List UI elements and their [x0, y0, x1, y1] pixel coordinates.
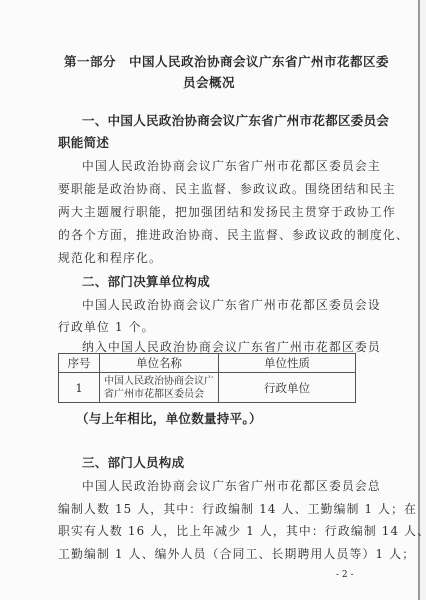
table-cell-index: 1 [59, 373, 100, 403]
page-number: - 2 - [336, 570, 354, 580]
section3-heading: 三、部门人员构成 [82, 453, 184, 471]
unit-table: 序号 单位名称 单位性质 1 中国人民政治协商会议广 省广州市花都区委员会 行政… [58, 353, 356, 403]
section3-text-line: 工勤编制 1 人、编外人员（合同工、长期聘用人员等）1 人； [58, 545, 415, 562]
table-header-name: 单位名称 [100, 354, 219, 373]
section1-text-line: 的各个方面，推进政治协商、民主监督、参政议政的制度化、 [58, 226, 409, 243]
table-cell-name-line1: 中国人民政治协商会议广 [104, 375, 218, 388]
section3-text-line: 编制人数 15 人，其中：行政编制 14 人、工勤编制 1 人；在 [58, 500, 417, 517]
section2-text-line: 中国人民政治协商会议广东省广州市花都区委员会设 [82, 296, 381, 313]
section2-note: （与上年相比，单位数量持平。） [76, 409, 262, 427]
section1-heading-line1: 一、中国人民政治协商会议广东省广州市花都区委员会 [82, 111, 389, 129]
section2-text-line: 行政单位 1 个。 [58, 318, 155, 335]
section3-text-line: 职实有人数 16 人，比上年减少 1 人，其中：行政编制 14 人、 [58, 522, 426, 539]
doc-title-line2: 员会概况 [183, 73, 235, 91]
section1-heading-line2: 职能简述 [58, 133, 109, 151]
section1-text-line: 两大主题履行职能，把加强团结和发扬民主贯穿于政协工作 [58, 203, 396, 220]
table-cell-type: 行政单位 [219, 373, 356, 403]
doc-title-line1: 第一部分 中国人民政治协商会议广东省广州市花都区委 [64, 52, 389, 70]
document-page: 第一部分 中国人民政治协商会议广东省广州市花都区委 员会概况 一、中国人民政治协… [0, 0, 420, 600]
table-cell-name-line2: 省广州市花都区委员会 [104, 388, 218, 401]
section1-text-line: 要职能是政治协商、民主监督、参政议政。围绕团结和民主 [58, 180, 396, 197]
section3-text-line: 中国人民政治协商会议广东省广州市花都区委员会总 [82, 477, 381, 494]
table-cell-name: 中国人民政治协商会议广 省广州市花都区委员会 [100, 373, 219, 403]
table-row: 1 中国人民政治协商会议广 省广州市花都区委员会 行政单位 [59, 373, 356, 403]
table-header-type: 单位性质 [219, 354, 356, 373]
section2-heading: 二、部门决算单位构成 [82, 272, 210, 290]
section1-text-line: 规范化和程序化。 [58, 249, 162, 266]
section1-text-line: 中国人民政治协商会议广东省广州市花都区委员会主 [82, 157, 381, 174]
table-header-index: 序号 [59, 354, 100, 373]
